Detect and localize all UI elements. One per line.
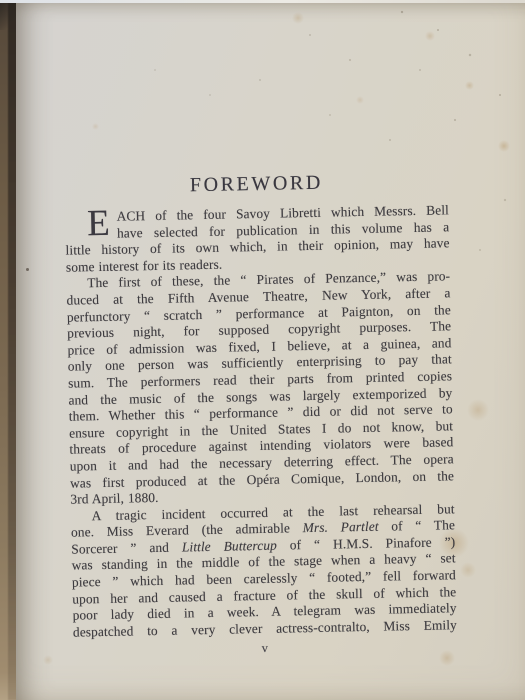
foxing-spot [460,562,476,578]
ink-speck [26,268,29,271]
foxing-spot [43,655,53,665]
page-title: FOREWORD [64,169,448,199]
foxing-spot [467,399,489,421]
foxing-spot [498,140,510,152]
drop-cap: E [87,209,117,243]
page-text: FOREWORD E ACH of the four Savoy Librett… [61,0,458,700]
body-text-lines: ACH of the four Savoy Libretti which Mes… [65,202,457,641]
photo-top-edge [0,0,525,3]
foxing-spot [465,81,474,90]
book-photo: FOREWORD E ACH of the four Savoy Librett… [0,0,525,700]
page-number: v [73,637,457,659]
body-text: E ACH of the four Savoy Libretti which M… [65,202,457,641]
